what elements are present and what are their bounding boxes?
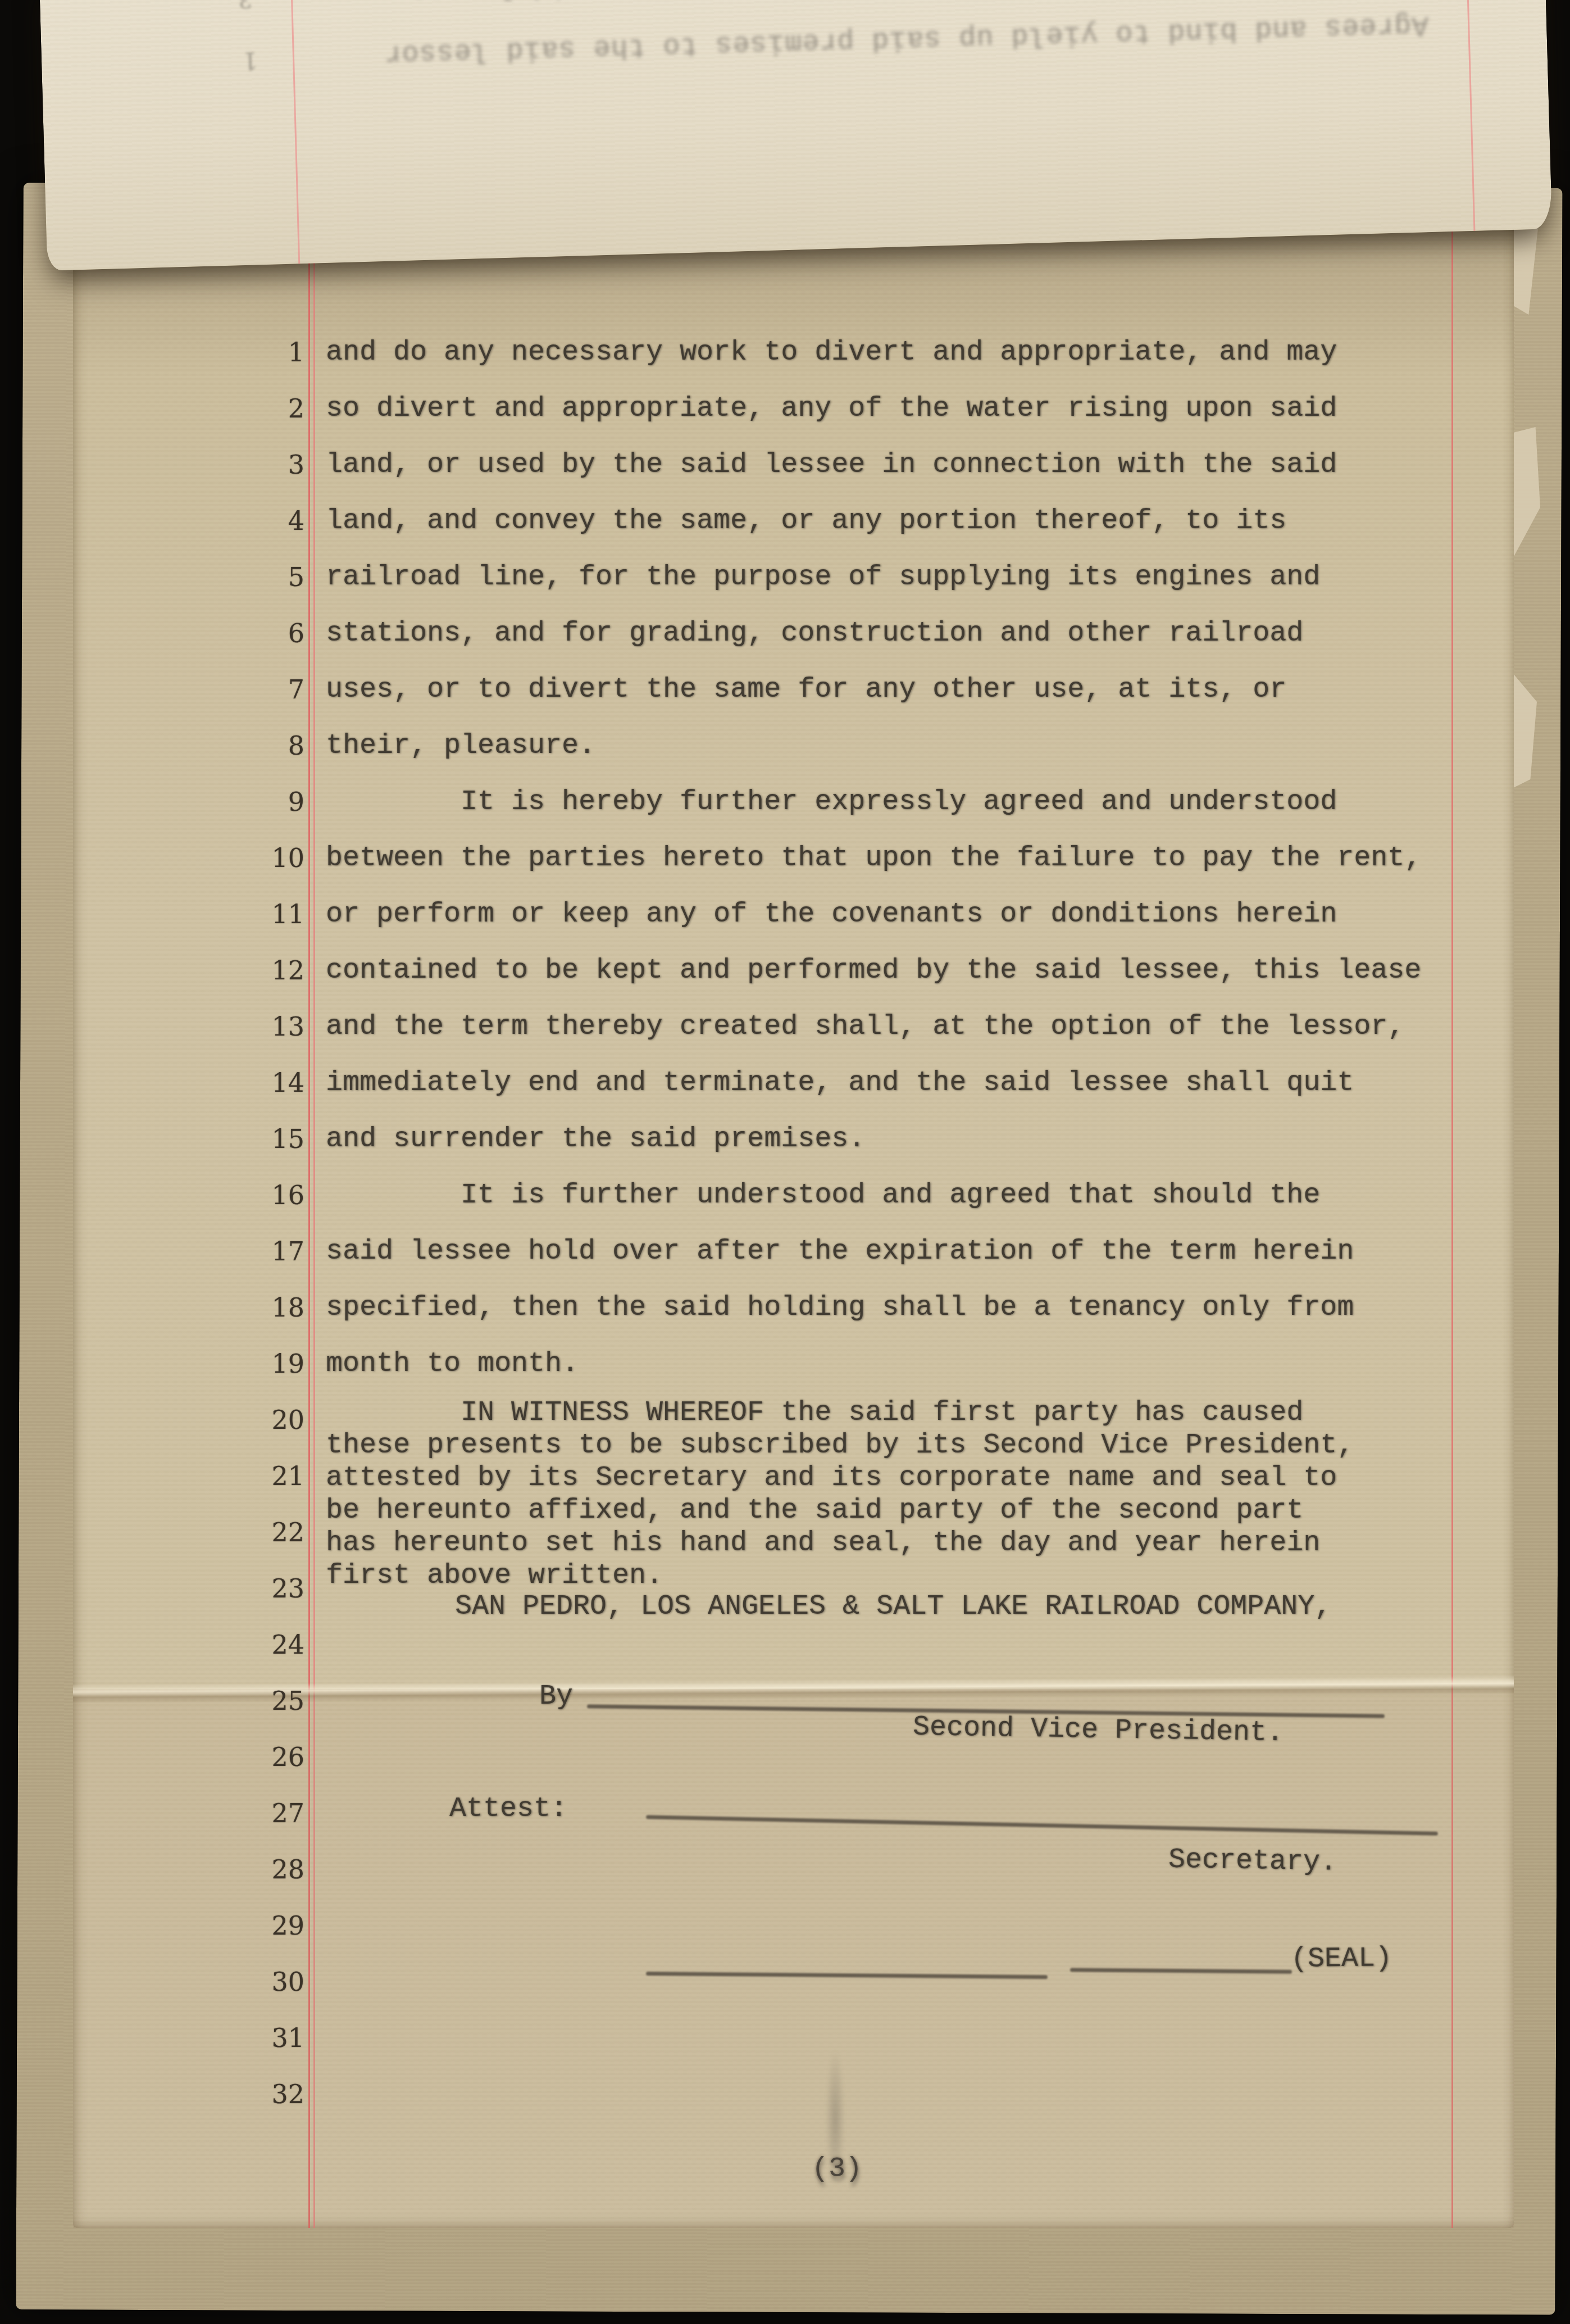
by-title: Second Vice President. — [913, 1712, 1284, 1749]
typed-line: their, pleasure. — [326, 728, 1483, 766]
line-number: 25 — [242, 1683, 304, 1718]
line-number: 6 — [242, 616, 304, 651]
line-number: 7 — [242, 672, 304, 707]
typed-line: and surrender the said premises. — [326, 1122, 1483, 1160]
seal-label: (SEAL) — [1291, 1942, 1392, 1976]
line-number: 8 — [242, 728, 304, 763]
witness-line: be hereunto affixed, and the said party … — [326, 1495, 1483, 1527]
typed-line: between the parties hereto that upon the… — [326, 841, 1483, 879]
flap-red-rule — [1466, 0, 1475, 231]
line-number: 24 — [242, 1627, 304, 1662]
typed-line: uses, or to divert the same for any othe… — [326, 672, 1483, 710]
typed-line: so divert and appropriate, any of the wa… — [326, 391, 1483, 429]
line-number: 29 — [242, 1908, 304, 1943]
line-number: 23 — [242, 1571, 304, 1606]
line-number: 9 — [242, 784, 304, 819]
witness-line: has hereunto set his hand and seal, the … — [326, 1527, 1483, 1560]
witness-paragraph: IN WITNESS WHEREOF the said first party … — [326, 1397, 1483, 1592]
line-number: 14 — [242, 1065, 304, 1100]
line-number: 11 — [242, 897, 304, 932]
typed-line: and the term thereby created shall, at t… — [326, 1009, 1483, 1047]
line-number: 10 — [242, 841, 304, 875]
line-number: 15 — [242, 1122, 304, 1156]
folded-top-flap: 3 1 the said premises and every part the… — [39, 0, 1552, 271]
scanned-document-photo: 1 2 3 4 5 6 7 8 9 10 11 12 — [0, 0, 1570, 2324]
typed-line: land, and convey the same, or any portio… — [326, 503, 1483, 542]
line-number: 4 — [242, 503, 304, 538]
ghost-bleed-through-text: Agrees and bind to yield up said premise… — [277, 8, 1429, 72]
typed-line: and do any necessary work to divert and … — [326, 335, 1483, 373]
line-number: 18 — [242, 1290, 304, 1325]
line-number: 28 — [242, 1852, 304, 1887]
line-number: 27 — [242, 1796, 304, 1831]
ghost-line-number: 1 — [242, 47, 258, 75]
line-number: 26 — [242, 1740, 304, 1774]
typed-line: It is further understood and agreed that… — [326, 1178, 1483, 1216]
attest-title: Secretary. — [1168, 1844, 1337, 1879]
by-label: By — [539, 1681, 573, 1713]
company-name-line: SAN PEDRO, LOS ANGELES & SALT LAKE RAILR… — [455, 1591, 1331, 1623]
line-number: 20 — [242, 1402, 304, 1437]
typed-line: stations, and for grading, construction … — [326, 616, 1483, 654]
line-number: 17 — [242, 1234, 304, 1269]
document-page: 1 2 3 4 5 6 7 8 9 10 11 12 — [73, 51, 1514, 2228]
typed-line: month to month. — [326, 1346, 1483, 1385]
witness-line: IN WITNESS WHEREOF the said first party … — [326, 1397, 1483, 1429]
line-number: 12 — [242, 953, 304, 988]
line-number: 3 — [242, 447, 304, 482]
line-number: 19 — [242, 1346, 304, 1381]
page-number: (3) — [775, 2153, 899, 2185]
line-number: 13 — [242, 1009, 304, 1044]
line-number: 2 — [242, 391, 304, 426]
typed-line: immediately end and terminate, and the s… — [326, 1065, 1483, 1104]
typed-line: specified, then the said holding shall b… — [326, 1290, 1483, 1328]
witness-line: first above written. — [326, 1560, 1483, 1592]
typed-line: land, or used by the said lessee in conn… — [326, 447, 1483, 485]
typed-line: said lessee hold over after the expirati… — [326, 1234, 1483, 1272]
typed-line: contained to be kept and performed by th… — [326, 953, 1483, 991]
line-number: 22 — [242, 1515, 304, 1550]
line-number: 32 — [242, 2077, 304, 2112]
witness-line: attested by its Secretary and its corpor… — [326, 1462, 1483, 1495]
ghost-bleed-through-text: the said premises and every part thereof… — [303, 0, 1455, 9]
typed-line: It is hereby further expressly agreed an… — [326, 784, 1483, 823]
line-number: 1 — [242, 335, 304, 370]
witness-line: these presents to be subscribed by its S… — [326, 1429, 1483, 1462]
typed-line: or perform or keep any of the covenants … — [326, 897, 1483, 935]
line-number: 30 — [242, 1964, 304, 1999]
line-number: 16 — [242, 1178, 304, 1213]
typed-line: railroad line, for the purpose of supply… — [326, 560, 1483, 598]
ink-smudge — [826, 2048, 845, 2166]
attest-label: Attest: — [449, 1793, 567, 1825]
line-number: 31 — [242, 2021, 304, 2055]
ghost-line-number: 3 — [237, 0, 253, 13]
line-number: 5 — [242, 560, 304, 594]
line-number: 21 — [242, 1459, 304, 1494]
